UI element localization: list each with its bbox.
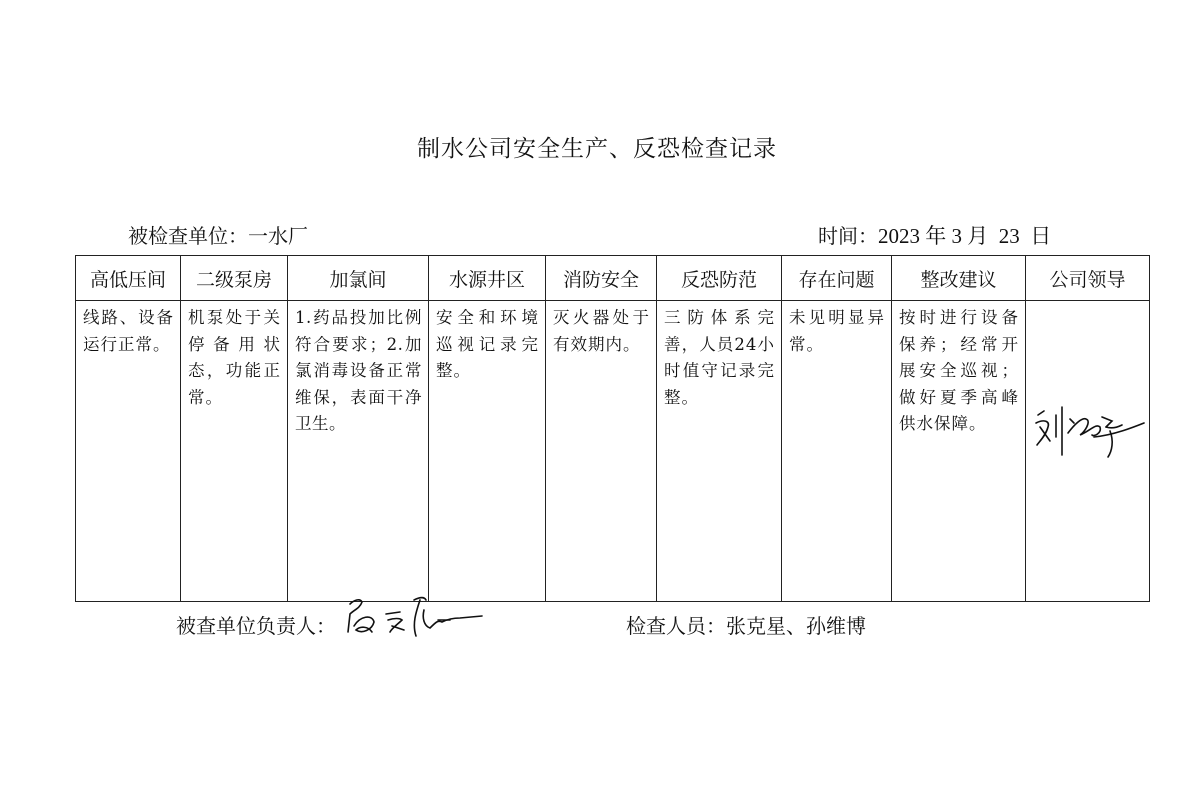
cell-company-leader (1026, 301, 1150, 602)
cell-chlorination-room: 1.药品投加比例符合要求；2.加氯消毒设备正常维保，表面干净卫生。 (288, 301, 429, 602)
header-anti-terrorism: 反恐防范 (657, 256, 782, 301)
cell-water-well-area: 安全和环境巡视记录完整。 (429, 301, 546, 602)
cell-rectification-suggestions: 按时进行设备保养；经常开展安全巡视；做好夏季高峰供水保障。 (892, 301, 1026, 602)
header-company-leader: 公司领导 (1026, 256, 1150, 301)
inspectors-value: 张克星、孙维博 (726, 614, 866, 638)
chlorination-text: 1.药品投加比例符合要求；2.加氯消毒设备正常维保，表面干净卫生。 (295, 308, 422, 433)
inspection-time: 时间：2023 年 3 月 23 日 (818, 220, 1051, 250)
header-rectification-suggestions: 整改建议 (892, 256, 1026, 301)
time-value: 2023 年 3 月 23 日 (878, 224, 1051, 248)
cell-existing-issues: 未见明显异常。 (782, 301, 892, 602)
document-title: 制水公司安全生产、反恐检查记录 (0, 130, 1194, 163)
table-row: 线路、设备运行正常。 机泵处于关停备用状态，功能正常。 1.药品投加比例符合要求… (76, 301, 1150, 602)
cell-anti-terrorism: 三防体系完善，人员24小时值守记录完整。 (657, 301, 782, 602)
inspected-unit-label: 被检查单位： (128, 224, 248, 248)
time-label: 时间： (818, 224, 878, 248)
inspectors-label: 检查人员： (626, 614, 726, 638)
inspected-unit-value: 一水厂 (248, 224, 308, 248)
inspected-unit: 被检查单位：一水厂 (128, 220, 308, 249)
header-water-well-area: 水源井区 (429, 256, 546, 301)
cell-fire-safety: 灭火器处于有效期内。 (546, 301, 657, 602)
cell-hv-lv-room: 线路、设备运行正常。 (76, 301, 181, 602)
table-header-row: 高低压间 二级泵房 加氯间 水源井区 消防安全 反恐防范 存在问题 整改建议 公… (76, 256, 1150, 301)
responsible-signature (342, 592, 492, 642)
responsible-label: 被查单位负责人： (176, 614, 336, 638)
header-hv-lv-room: 高低压间 (76, 256, 181, 301)
cell-secondary-pump-room: 机泵处于关停备用状态，功能正常。 (181, 301, 288, 602)
inspection-table: 高低压间 二级泵房 加氯间 水源井区 消防安全 反恐防范 存在问题 整改建议 公… (75, 255, 1150, 602)
leader-signature (1034, 397, 1146, 467)
header-existing-issues: 存在问题 (782, 256, 892, 301)
inspectors: 检查人员：张克星、孙维博 (626, 610, 866, 639)
header-fire-safety: 消防安全 (546, 256, 657, 301)
responsible-person: 被查单位负责人： (176, 610, 336, 639)
header-secondary-pump-room: 二级泵房 (181, 256, 288, 301)
header-chlorination-room: 加氯间 (288, 256, 429, 301)
